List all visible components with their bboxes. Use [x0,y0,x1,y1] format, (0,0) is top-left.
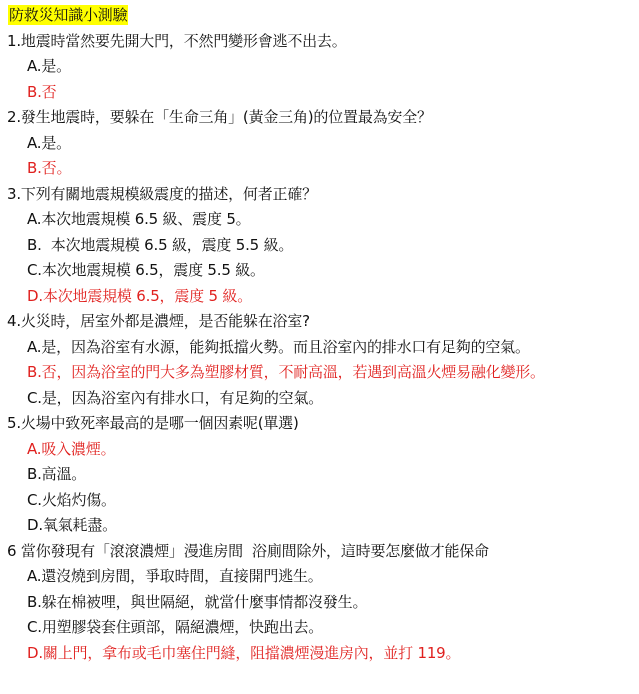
q4-option-b-correct: B.否，因為浴室的門大多為塑膠材質，不耐高溫，若遇到高溫火煙易融化變形。 [0,360,639,386]
q2-option-a: A.是。 [0,131,639,157]
question-3: 3.下列有關地震規模級震度的描述，何者正確？ [0,182,639,208]
q4-option-a: A.是，因為浴室有水源，能夠抵擋火勢。而且浴室內的排水口有足夠的空氣。 [0,335,639,361]
q6-option-b: B.躲在棉被哩，與世隔絕，就當什麼事情都沒發生。 [0,590,639,616]
question-4: 4.火災時，居室外都是濃煙，是否能躲在浴室? [0,309,639,335]
q1-option-b-correct: B.否 [0,80,639,106]
q3-option-a: A.本次地震規模 6.5 級、震度 5。 [0,207,639,233]
q6-option-d-correct: D.關上門，拿布或毛巾塞住門縫，阻擋濃煙漫進房內，並打 119。 [0,641,639,667]
q5-option-c: C.火焰灼傷。 [0,488,639,514]
quiz-title: 防救災知識小測驗 [8,5,128,25]
q5-option-b: B.高溫。 [0,462,639,488]
quiz-document: 防救災知識小測驗 1.地震時當然要先開大門，不然門變形會逃不出去。 A.是。 B… [0,0,639,666]
q5-option-d: D.氧氣耗盡。 [0,513,639,539]
q6-option-c: C.用塑膠袋套住頭部，隔絕濃煙，快跑出去。 [0,615,639,641]
q3-option-d-correct: D.本次地震規模 6.5，震度 5 級。 [0,284,639,310]
q2-option-b-correct: B.否。 [0,156,639,182]
question-6: 6 當你發現有「滾滾濃煙」漫進房間 浴廁間除外，這時要怎麼做才能保命 [0,539,639,565]
q1-option-a: A.是。 [0,54,639,80]
q4-option-c: C.是，因為浴室內有排水口，有足夠的空氣。 [0,386,639,412]
question-1: 1.地震時當然要先開大門，不然門變形會逃不出去。 [0,29,639,55]
q3-option-b: B. 本次地震規模 6.5 級，震度 5.5 級。 [0,233,639,259]
question-5: 5.火場中致死率最高的是哪一個因素呢(單選) [0,411,639,437]
q5-option-a-correct: A.吸入濃煙。 [0,437,639,463]
q6-option-a: A.還沒燒到房間，爭取時間，直接開門逃生。 [0,564,639,590]
q3-option-c: C.本次地震規模 6.5，震度 5.5 級。 [0,258,639,284]
title-line: 防救災知識小測驗 [0,3,639,29]
question-2: 2.發生地震時，要躲在「生命三角」(黃金三角)的位置最為安全？ [0,105,639,131]
